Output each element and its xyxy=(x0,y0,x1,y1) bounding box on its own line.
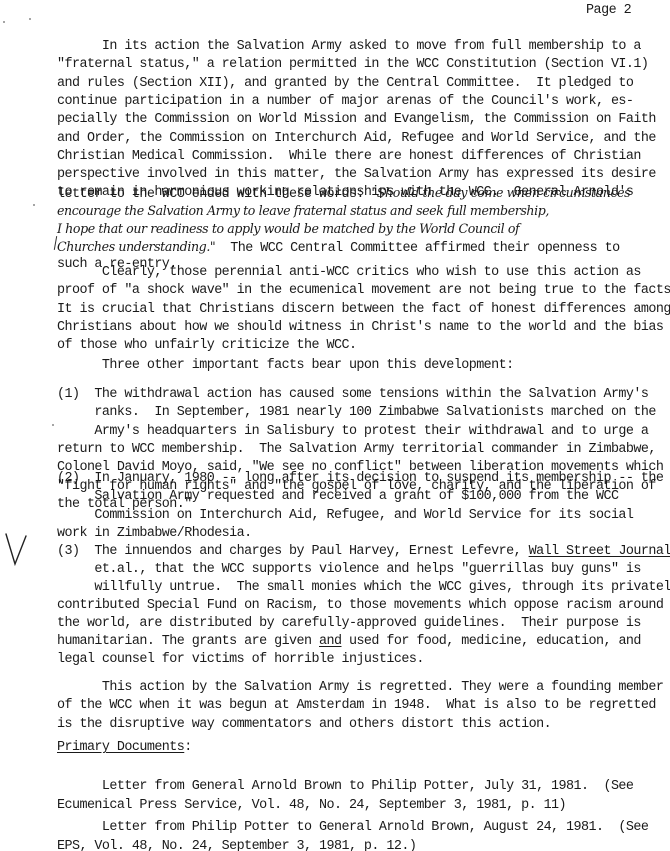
text-line: Christians about how we should witness i… xyxy=(57,320,663,335)
fact-3-line-1: (3) The innuendos and charges by Paul Ha… xyxy=(57,544,670,559)
text-line: Army's headquarters in Salisbury to prot… xyxy=(57,424,648,439)
quote-line-1: letter to the WCC ended with these words… xyxy=(57,185,630,202)
text-line: Clearly, those perennial anti-WCC critic… xyxy=(57,265,641,280)
text-line: and Order, the Commission on Interchurch… xyxy=(57,131,656,146)
text-line: perspective involved in this matter, the… xyxy=(57,167,656,182)
document-page: Page 2 In its action the Salvation Army … xyxy=(0,0,670,851)
scan-speck xyxy=(33,204,35,206)
text-line: Ecumenical Press Service, Vol. 48, No. 2… xyxy=(57,798,566,813)
heading-text: Primary Documents xyxy=(57,740,184,755)
text-line: pecially the Commission on World Mission… xyxy=(57,112,656,127)
text-line: Salvation Army requested and received a … xyxy=(57,489,618,504)
wall-street-journal-title: Wall Street Journal xyxy=(529,544,670,559)
text-line: of those who unfairly criticize the WCC. xyxy=(57,338,356,353)
text-line: of the WCC when it was begun at Amsterda… xyxy=(57,698,656,713)
text-line: return to WCC membership. The Salvation … xyxy=(57,442,656,457)
quote-line-4: Churches understanding." The WCC Central… xyxy=(57,239,620,256)
scan-speck xyxy=(52,424,54,426)
text-line: is the disruptive way commentators and o… xyxy=(57,717,551,732)
text-line: (2) In January, 1980 -- long after its d… xyxy=(57,471,663,486)
text-line: Letter from General Arnold Brown to Phil… xyxy=(57,779,633,794)
text-line: It is crucial that Christians discern be… xyxy=(57,302,670,317)
quote-text: "Should the day come when circumstances xyxy=(371,185,630,200)
text: humanitarian. The grants are given xyxy=(57,634,319,649)
handwritten-checkmark-icon xyxy=(4,532,28,566)
quote-text-end: Churches understanding." xyxy=(57,239,215,254)
fact-3-line-6: humanitarian. The grants are given and u… xyxy=(57,634,641,649)
scan-speck xyxy=(29,18,31,20)
text: used for food, medicine, education, and xyxy=(341,634,640,649)
text-line: "fraternal status," a relation permitted… xyxy=(57,57,648,72)
text-line: In its action the Salvation Army asked t… xyxy=(57,39,641,54)
text-line: continue participation in a number of ma… xyxy=(57,94,633,109)
scan-speck xyxy=(3,21,5,23)
quote-line-2: encourage the Salvation Army to leave fr… xyxy=(57,203,549,218)
text-line: Christian Medical Commission. While ther… xyxy=(57,149,641,164)
paragraph-three-facts: Three other important facts bear upon th… xyxy=(57,358,514,373)
text-line: This action by the Salvation Army is reg… xyxy=(57,680,663,695)
quote-lead: letter to the WCC ended with these words… xyxy=(57,187,371,202)
page-number: Page 2 xyxy=(586,3,631,18)
fact-3-line-7: legal counsel for victims of horrible in… xyxy=(57,652,424,667)
underlined-and: and xyxy=(319,634,341,649)
text-line: the world, are distributed by carefully-… xyxy=(57,616,641,631)
primary-documents-heading: Primary Documents: xyxy=(57,740,192,755)
text-line: EPS, Vol. 48, No. 24, September 3, 1981,… xyxy=(57,839,416,851)
fact-3-lead: (3) The innuendos and charges by Paul Ha… xyxy=(57,544,529,559)
text-line: work in Zimbabwe/Rhodesia. xyxy=(57,526,252,541)
text-line: et.al., that the WCC supports violence a… xyxy=(57,562,641,577)
text-line: (1) The withdrawal action has caused som… xyxy=(57,387,648,402)
text-line: proof of "a shock wave" in the ecumenica… xyxy=(57,283,670,298)
text-line: willfully untrue. The small monies which… xyxy=(57,580,670,595)
quote-line-3: I hope that our readiness to apply would… xyxy=(57,221,519,236)
text-line: contributed Special Fund on Racism, to t… xyxy=(57,598,663,613)
text-line: and rules (Section XII), and granted by … xyxy=(57,76,633,91)
text-line: Letter from Philip Potter to General Arn… xyxy=(57,820,648,835)
heading-colon: : xyxy=(184,740,192,755)
text-line: Commission on Interchurch Aid, Refugee, … xyxy=(57,508,633,523)
quote-tail: The WCC Central Committee affirmed their… xyxy=(215,241,619,256)
text-line: ranks. In September, 1981 nearly 100 Zim… xyxy=(57,405,656,420)
